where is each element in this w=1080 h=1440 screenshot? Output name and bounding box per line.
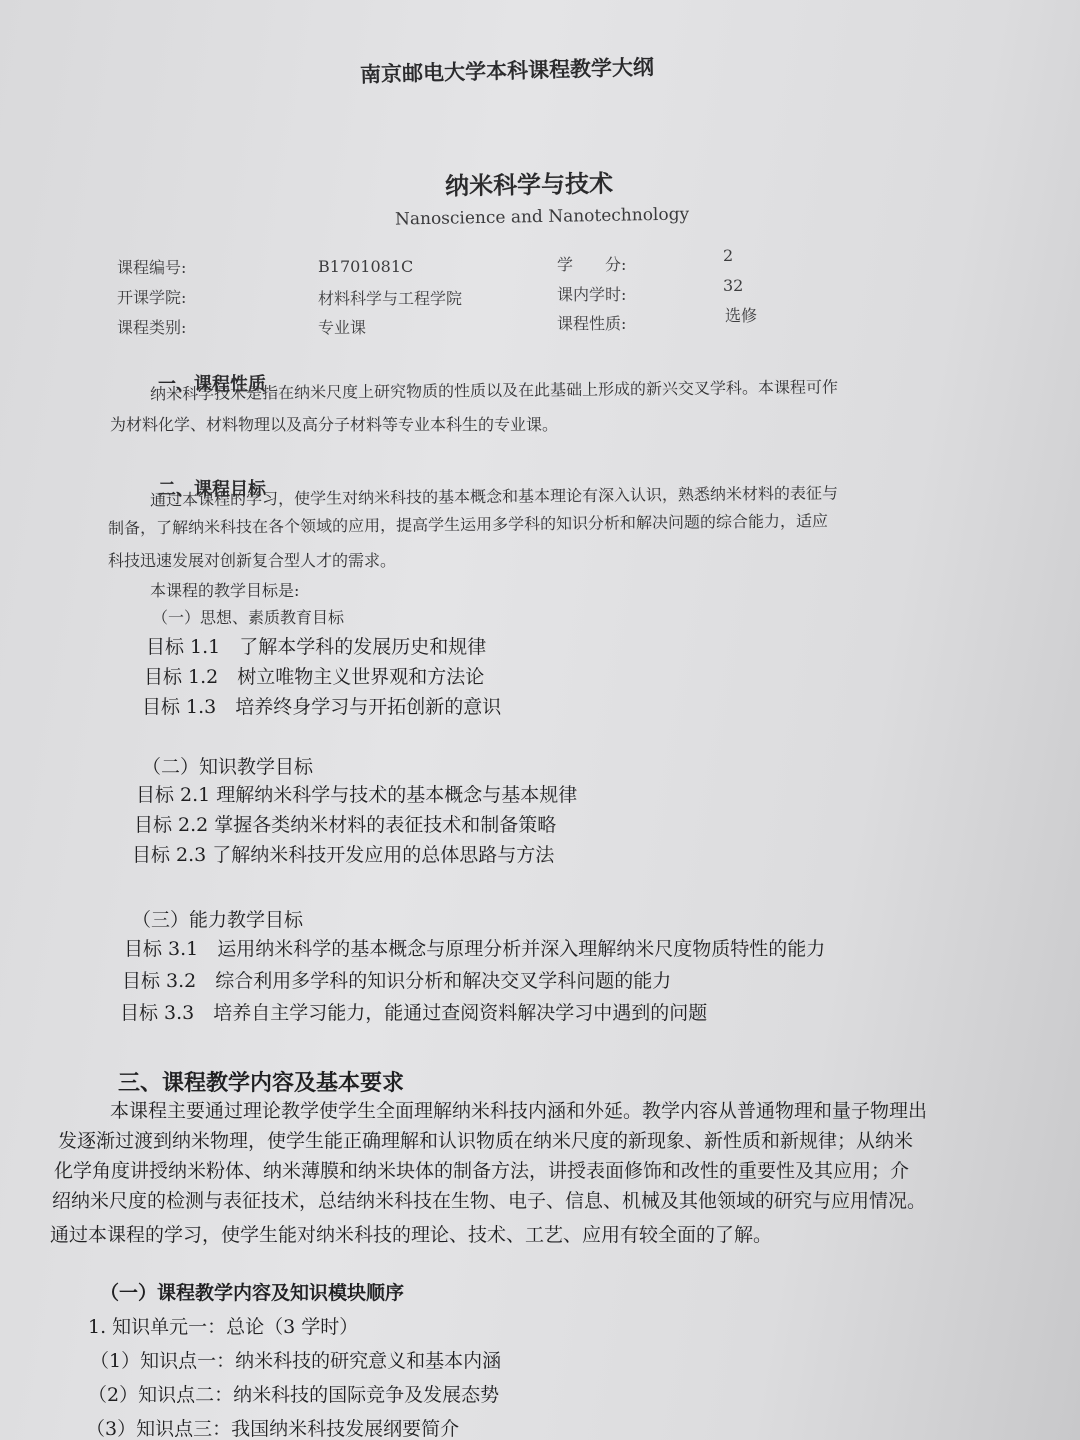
nature: 选修 (725, 303, 757, 326)
credit-label: 学 分: (557, 252, 626, 275)
objective-item: 目标 3.3 培养自主学习能力，能通过查阅资料解决学习中遇到的问题 (120, 998, 707, 1025)
objective-item: 目标 1.2 树立唯物主义世界观和方法论 (144, 662, 484, 689)
hours-label: 课内学时: (557, 282, 626, 305)
objective-group-title: （三）能力教学目标 (132, 905, 303, 932)
section-3-line: 绍纳米尺度的检测与表征技术，总结纳米科技在生物、电子、信息、机械及其他领域的研究… (52, 1186, 926, 1213)
knowledge-point: （3）知识点三：我国纳米科技发展纲要简介 (86, 1414, 459, 1440)
objective-group-title: （一）思想、素质教育目标 (152, 605, 344, 628)
knowledge-point: （2）知识点二：纳米科技的国际竞争及发展态势 (88, 1380, 499, 1407)
college: 材料科学与工程学院 (318, 286, 462, 309)
nature-label: 课程性质: (557, 311, 626, 334)
objective-item: 目标 2.1 理解纳米科学与技术的基本概念与基本规律 (136, 780, 577, 807)
section-3-line: 化学角度讲授纳米粉体、纳米薄膜和纳米块体的制备方法，讲授表面修饰和改性的重要性及… (54, 1156, 909, 1183)
section-3-line: 通过本课程的学习，使学生能对纳米科技的理论、技术、工艺、应用有较全面的了解。 (50, 1220, 772, 1247)
section-3-heading: 三、课程教学内容及基本要求 (118, 1066, 404, 1097)
credit: 2 (723, 246, 733, 265)
course-code-label: 课程编号: (117, 255, 186, 278)
objective-item: 目标 1.1 了解本学科的发展历史和规律 (146, 632, 486, 659)
course-title: 纳米科学与技术 (445, 164, 614, 202)
objective-group-title: （二）知识教学目标 (142, 752, 313, 779)
category-label: 课程类别: (117, 315, 186, 338)
objective-item: 目标 3.1 运用纳米科学的基本概念与原理分析并深入理解纳米尺度物质特性的能力 (124, 934, 825, 961)
section-2-line: 制备，了解纳米科技在各个领域的应用，提高学生运用多学科的知识分析和解决问题的综合… (108, 508, 828, 539)
course-subtitle: Nanoscience and Nanotechnology (395, 204, 689, 229)
college-label: 开课学院: (117, 285, 186, 308)
section-3-line: 本课程主要通过理论教学使学生全面理解纳米科技内涵和外延。教学内容从普通物理和量子… (110, 1096, 927, 1123)
course-code: B1701081C (318, 257, 413, 276)
objective-item: 目标 1.3 培养终身学习与开拓创新的意识 (142, 692, 501, 719)
section-2-line: 科技迅速发展对创新复合型人才的需求。 (108, 548, 396, 571)
document-header: 南京邮电大学本科课程教学大纲 (360, 51, 655, 89)
section-1-line: 为材料化学、材料物理以及高分子材料等专业本科生的专业课。 (110, 412, 558, 435)
knowledge-point: （1）知识点一：纳米科技的研究意义和基本内涵 (90, 1346, 501, 1373)
document-page: 南京邮电大学本科课程教学大纲 纳米科学与技术 Nanoscience and N… (0, 0, 1080, 1440)
objective-item: 目标 2.2 掌握各类纳米材料的表征技术和制备策略 (134, 810, 556, 837)
objectives-intro: 本课程的教学目标是: (150, 578, 299, 601)
hours: 32 (723, 276, 743, 295)
section-3-line: 发逐渐过渡到纳米物理，使学生能正确理解和认识物质在纳米尺度的新现象、新性质和新规… (58, 1126, 913, 1153)
category: 专业课 (318, 315, 366, 338)
objective-item: 目标 3.2 综合利用多学科的知识分析和解决交叉学科问题的能力 (122, 966, 671, 993)
objective-item: 目标 2.3 了解纳米科技开发应用的总体思路与方法 (132, 840, 554, 867)
subsection-title: （一）课程教学内容及知识模块顺序 (100, 1278, 404, 1305)
knowledge-unit: 1. 知识单元一：总论（3 学时） (88, 1312, 358, 1339)
